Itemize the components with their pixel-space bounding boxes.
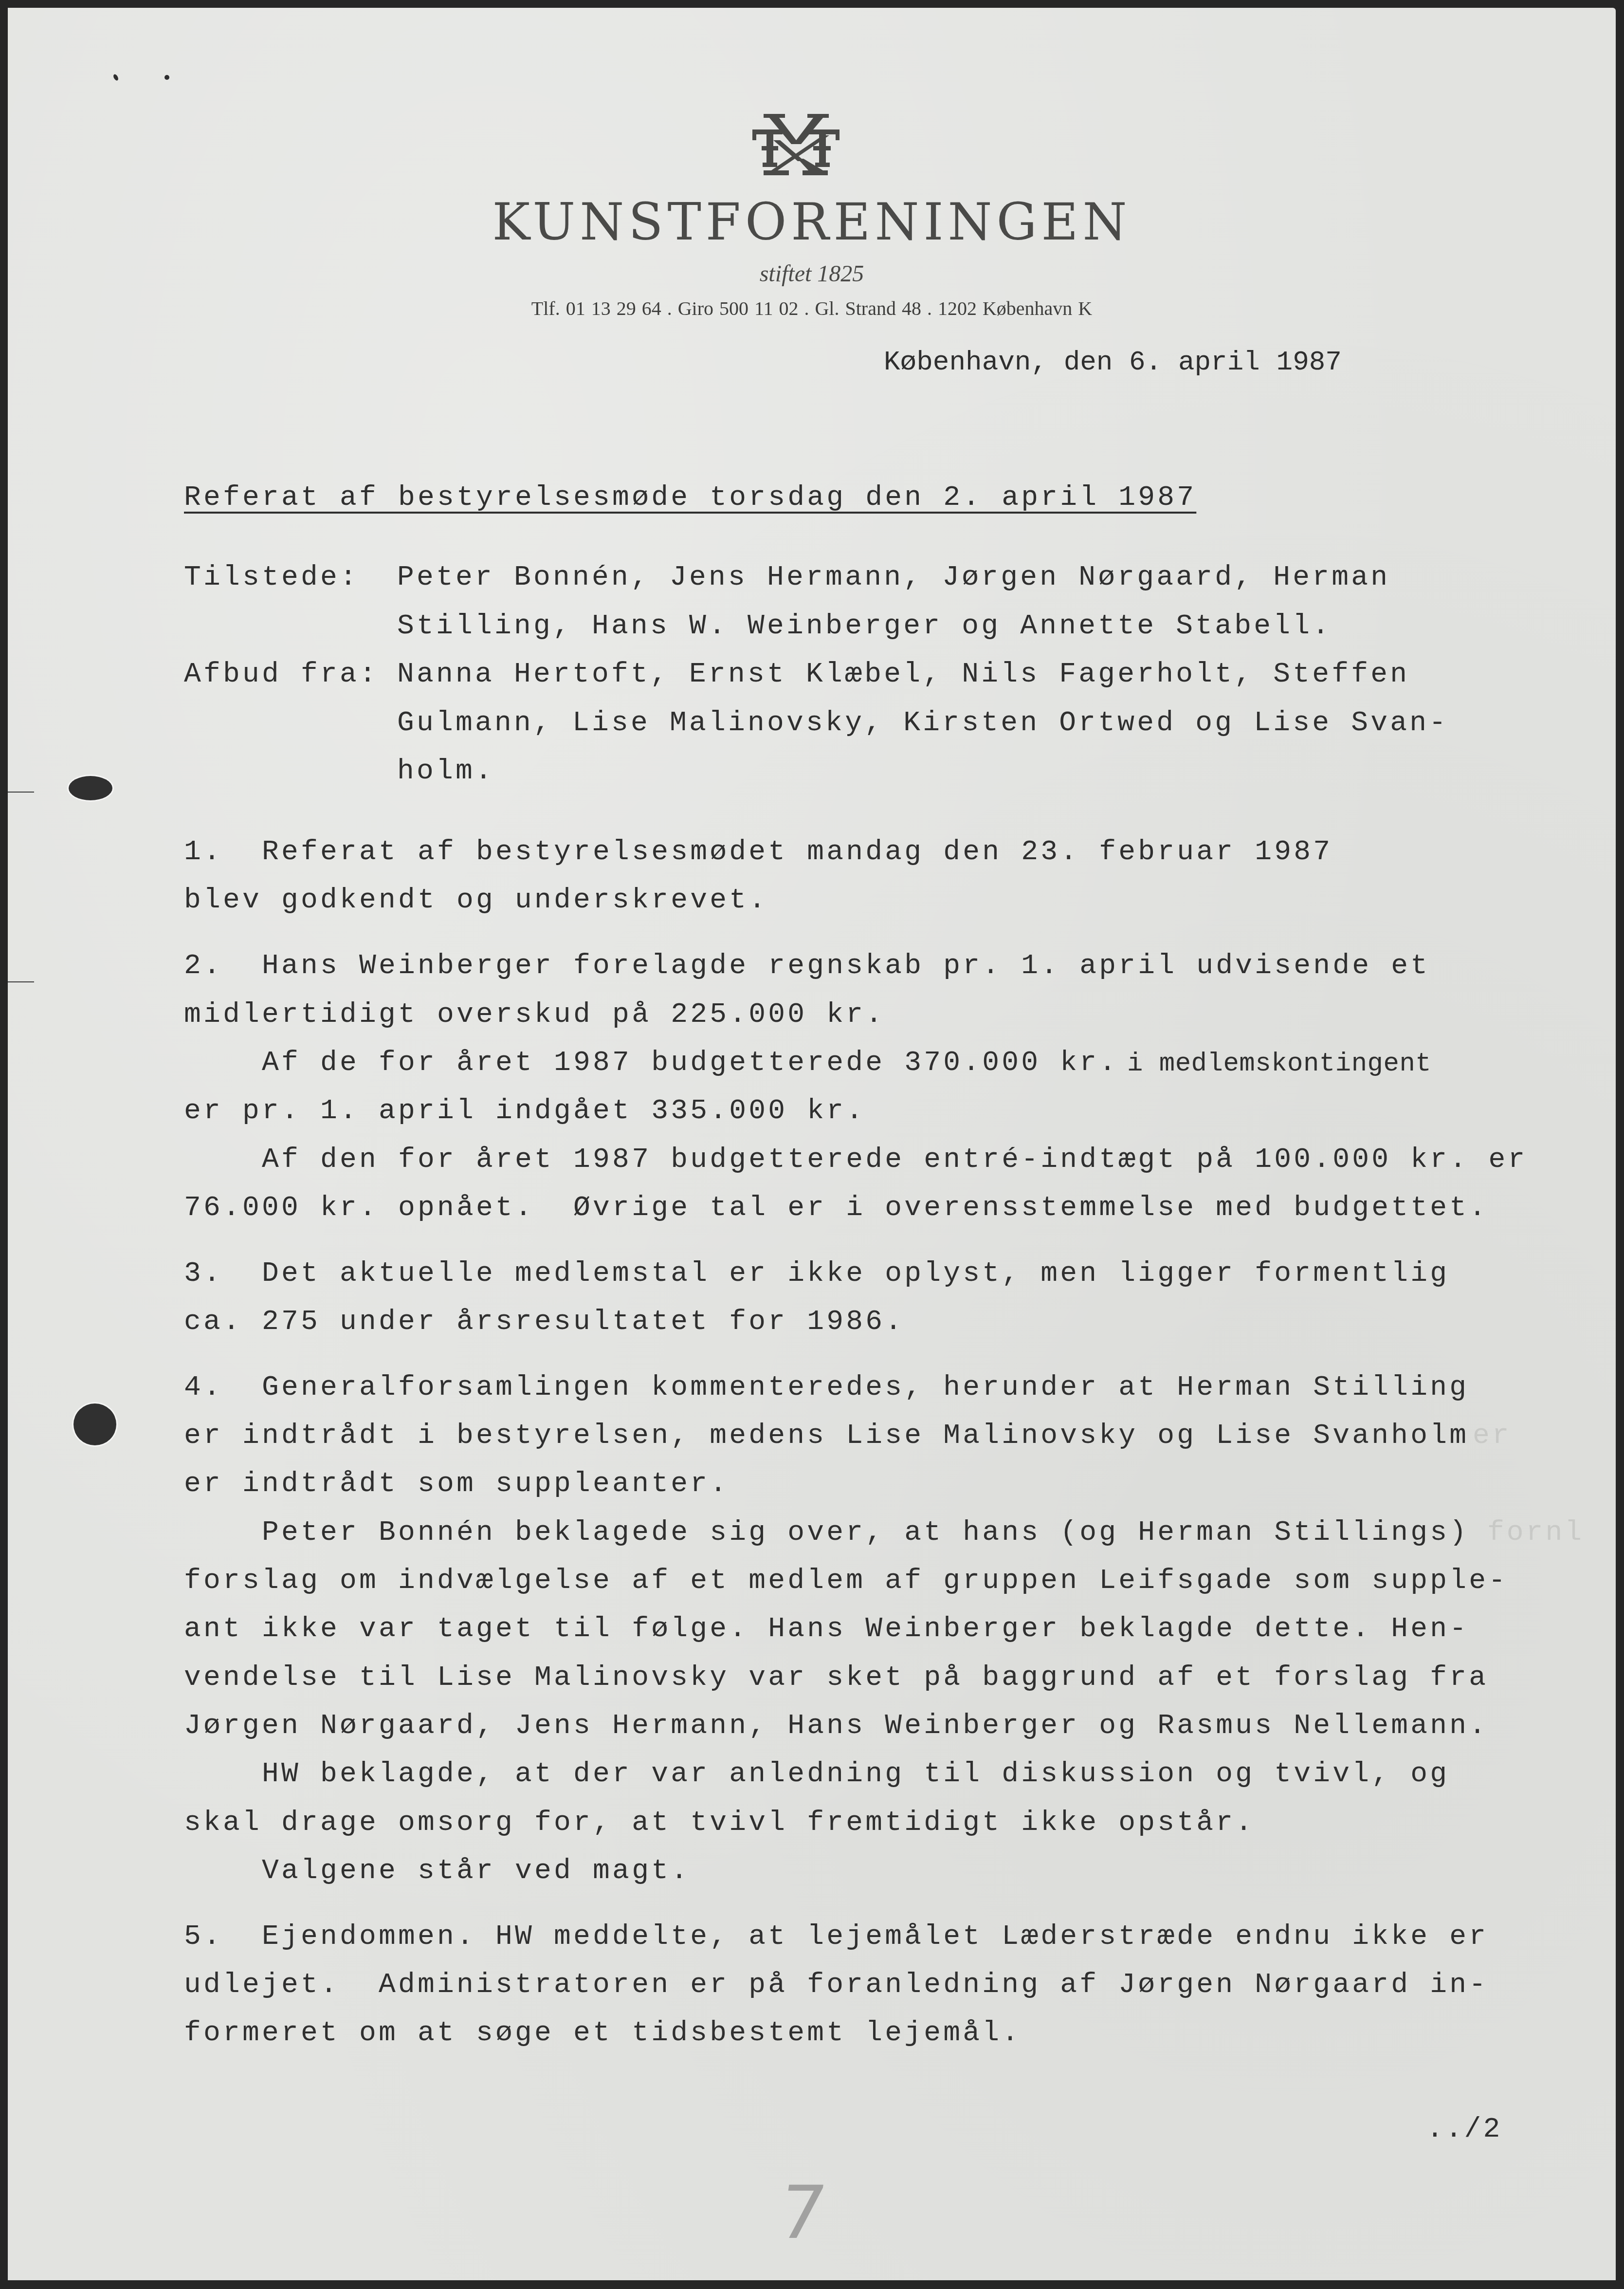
correction-ghost-text: fornl <box>1487 1519 1584 1547</box>
organization-name: KUNSTFORENINGEN <box>8 197 1616 247</box>
paper-sheet: KUNSTFORENINGEN stiftet 1825 Tlf. 01 13 … <box>8 8 1616 2280</box>
punch-hole <box>73 1403 116 1445</box>
absent-label: Afbud fra: <box>184 661 379 689</box>
item-line: udlejet. Administratoren er på foranledn… <box>184 1971 1488 1999</box>
item-line: 4. Generalforsamlingen kommenteredes, he… <box>184 1374 1469 1402</box>
item-line-retyped: i medlemskontingent <box>1127 1051 1431 1077</box>
scanned-document: KUNSTFORENINGEN stiftet 1825 Tlf. 01 13 … <box>0 0 1624 2289</box>
staple-mark <box>112 74 119 81</box>
absent-line: Nanna Hertoft, Ernst Klæbel, Nils Fagerh… <box>397 661 1409 689</box>
fold-mark <box>8 981 34 982</box>
page-continuation: ../2 <box>1426 2116 1502 2144</box>
item-line: formeret om at søge et tidsbestemt lejem… <box>184 2019 1021 2048</box>
item-line: forslag om indvælgelse af et medlem af g… <box>184 1567 1508 1595</box>
correction-ghost-text: er <box>1473 1422 1512 1450</box>
staple-mark <box>164 75 169 80</box>
kf-monogram-icon <box>750 110 842 178</box>
item-line: midlertidigt overskud på 225.000 kr. <box>184 1001 885 1029</box>
absent-line: holm. <box>397 757 494 786</box>
item-line: ant ikke var taget til følge. Hans Weinb… <box>184 1615 1469 1643</box>
item-line: HW beklagde, at der var anledning til di… <box>184 1760 1449 1789</box>
item-line: er indtrådt i bestyrelsen, medens Lise M… <box>184 1422 1469 1450</box>
item-line: er pr. 1. april indgået 335.000 kr. <box>184 1097 865 1126</box>
founded-year: stiftet 1825 <box>8 262 1616 286</box>
item-line: Af den for året 1987 budgetterede entré-… <box>184 1146 1527 1174</box>
item-line: ca. 275 under årsresultatet for 1986. <box>184 1308 904 1336</box>
item-line: blev godkendt og underskrevet. <box>184 886 768 915</box>
item-line: Jørgen Nørgaard, Jens Hermann, Hans Wein… <box>184 1712 1488 1740</box>
present-line: Peter Bonnén, Jens Hermann, Jørgen Nørga… <box>397 564 1390 592</box>
item-line: 1. Referat af bestyrelsesmødet mandag de… <box>184 838 1332 867</box>
item-line: Af de for året 1987 budgetterede 370.000… <box>184 1049 1118 1077</box>
item-line: skal drage omsorg for, at tvivl fremtidi… <box>184 1809 1255 1837</box>
dateline: København, den 6. april 1987 <box>884 349 1342 376</box>
punch-hole <box>69 776 112 800</box>
present-label: Tilstede: <box>184 564 359 592</box>
contact-address: Tlf. 01 13 29 64 . Giro 500 11 02 . Gl. … <box>8 299 1616 318</box>
item-line: Peter Bonnén beklagede sig over, at hans… <box>184 1519 1469 1547</box>
item-line: Valgene står ved magt. <box>184 1857 690 1885</box>
item-line: er indtrådt som suppleanter. <box>184 1470 729 1498</box>
present-line: Stilling, Hans W. Weinberger og Annette … <box>397 612 1332 641</box>
item-line: vendelse til Lise Malinovsky var sket på… <box>184 1664 1488 1692</box>
pencil-page-number: 7 <box>774 2177 831 2250</box>
item-line: 3. Det aktuelle medlemstal er ikke oplys… <box>184 1260 1449 1288</box>
item-line: 5. Ejendommen. HW meddelte, at lejemålet… <box>184 1923 1488 1951</box>
fold-mark <box>8 792 34 793</box>
absent-line: Gulmann, Lise Malinovsky, Kirsten Ortwed… <box>397 709 1448 738</box>
document-heading: Referat af bestyrelsesmøde torsdag den 2… <box>184 484 1196 512</box>
item-line: 76.000 kr. opnået. Øvrige tal er i overe… <box>184 1194 1488 1222</box>
item-line: 2. Hans Weinberger forelagde regnskab pr… <box>184 952 1430 980</box>
